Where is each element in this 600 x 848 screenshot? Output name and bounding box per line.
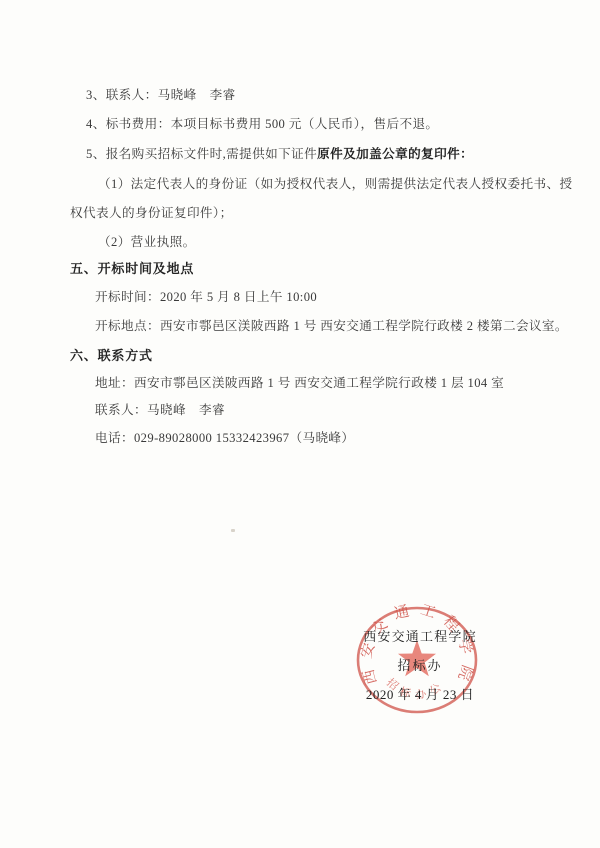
item-required-documents-prefix: 5、报名购买招标文件时,需提供如下证件 [86, 147, 317, 161]
item-required-documents: 5、报名购买招标文件时,需提供如下证件原件及加盖公章的复印件： [86, 147, 473, 162]
official-seal: 西安交通工程学院 招标办公室 西安交通工程学院 招标办 2020 年 4 月 2… [330, 592, 510, 742]
subitem-business-license: （2）营业执照。 [98, 235, 196, 250]
scan-speck [231, 529, 235, 532]
open-place-line: 开标地点：西安市鄠邑区渼陂西路 1 号 西安交通工程学院行政楼 2 楼第二会议室… [95, 319, 568, 334]
item-required-documents-bold: 原件及加盖公章的复印件： [317, 147, 473, 161]
subitem-id-card-line1: （1）法定代表人的身份证（如为授权代表人，则需提供法定代表人授权委托书、授 [98, 177, 572, 192]
address-line: 地址：西安市鄠邑区渼陂西路 1 号 西安交通工程学院行政楼 1 层 104 室 [95, 376, 504, 391]
item-contact-person: 3、联系人：马晓峰 李睿 [86, 88, 236, 103]
open-time-line: 开标时间：2020 年 5 月 8 日上午 10:00 [95, 290, 317, 305]
scanned-document-page: 3、联系人：马晓峰 李睿 4、标书费用：本项目标书费用 500 元（人民币），售… [0, 0, 600, 848]
contact-line: 联系人：马晓峰 李睿 [95, 403, 225, 418]
item-bid-fee: 4、标书费用：本项目标书费用 500 元（人民币），售后不退。 [86, 117, 438, 132]
seal-organization-text: 西安交通工程学院 [330, 626, 510, 645]
subitem-id-card-line2: 权代表人的身份证复印件）； [70, 206, 233, 221]
section-heading-open-time-place: 五、开标时间及地点 [70, 261, 194, 276]
section-heading-contact-info: 六、联系方式 [70, 348, 153, 363]
seal-office-text: 招标办 [330, 655, 510, 674]
phone-line: 电话：029-89028000 15332423967（马晓峰） [95, 431, 354, 446]
seal-date-text: 2020 年 4 月 23 日 [330, 684, 510, 703]
